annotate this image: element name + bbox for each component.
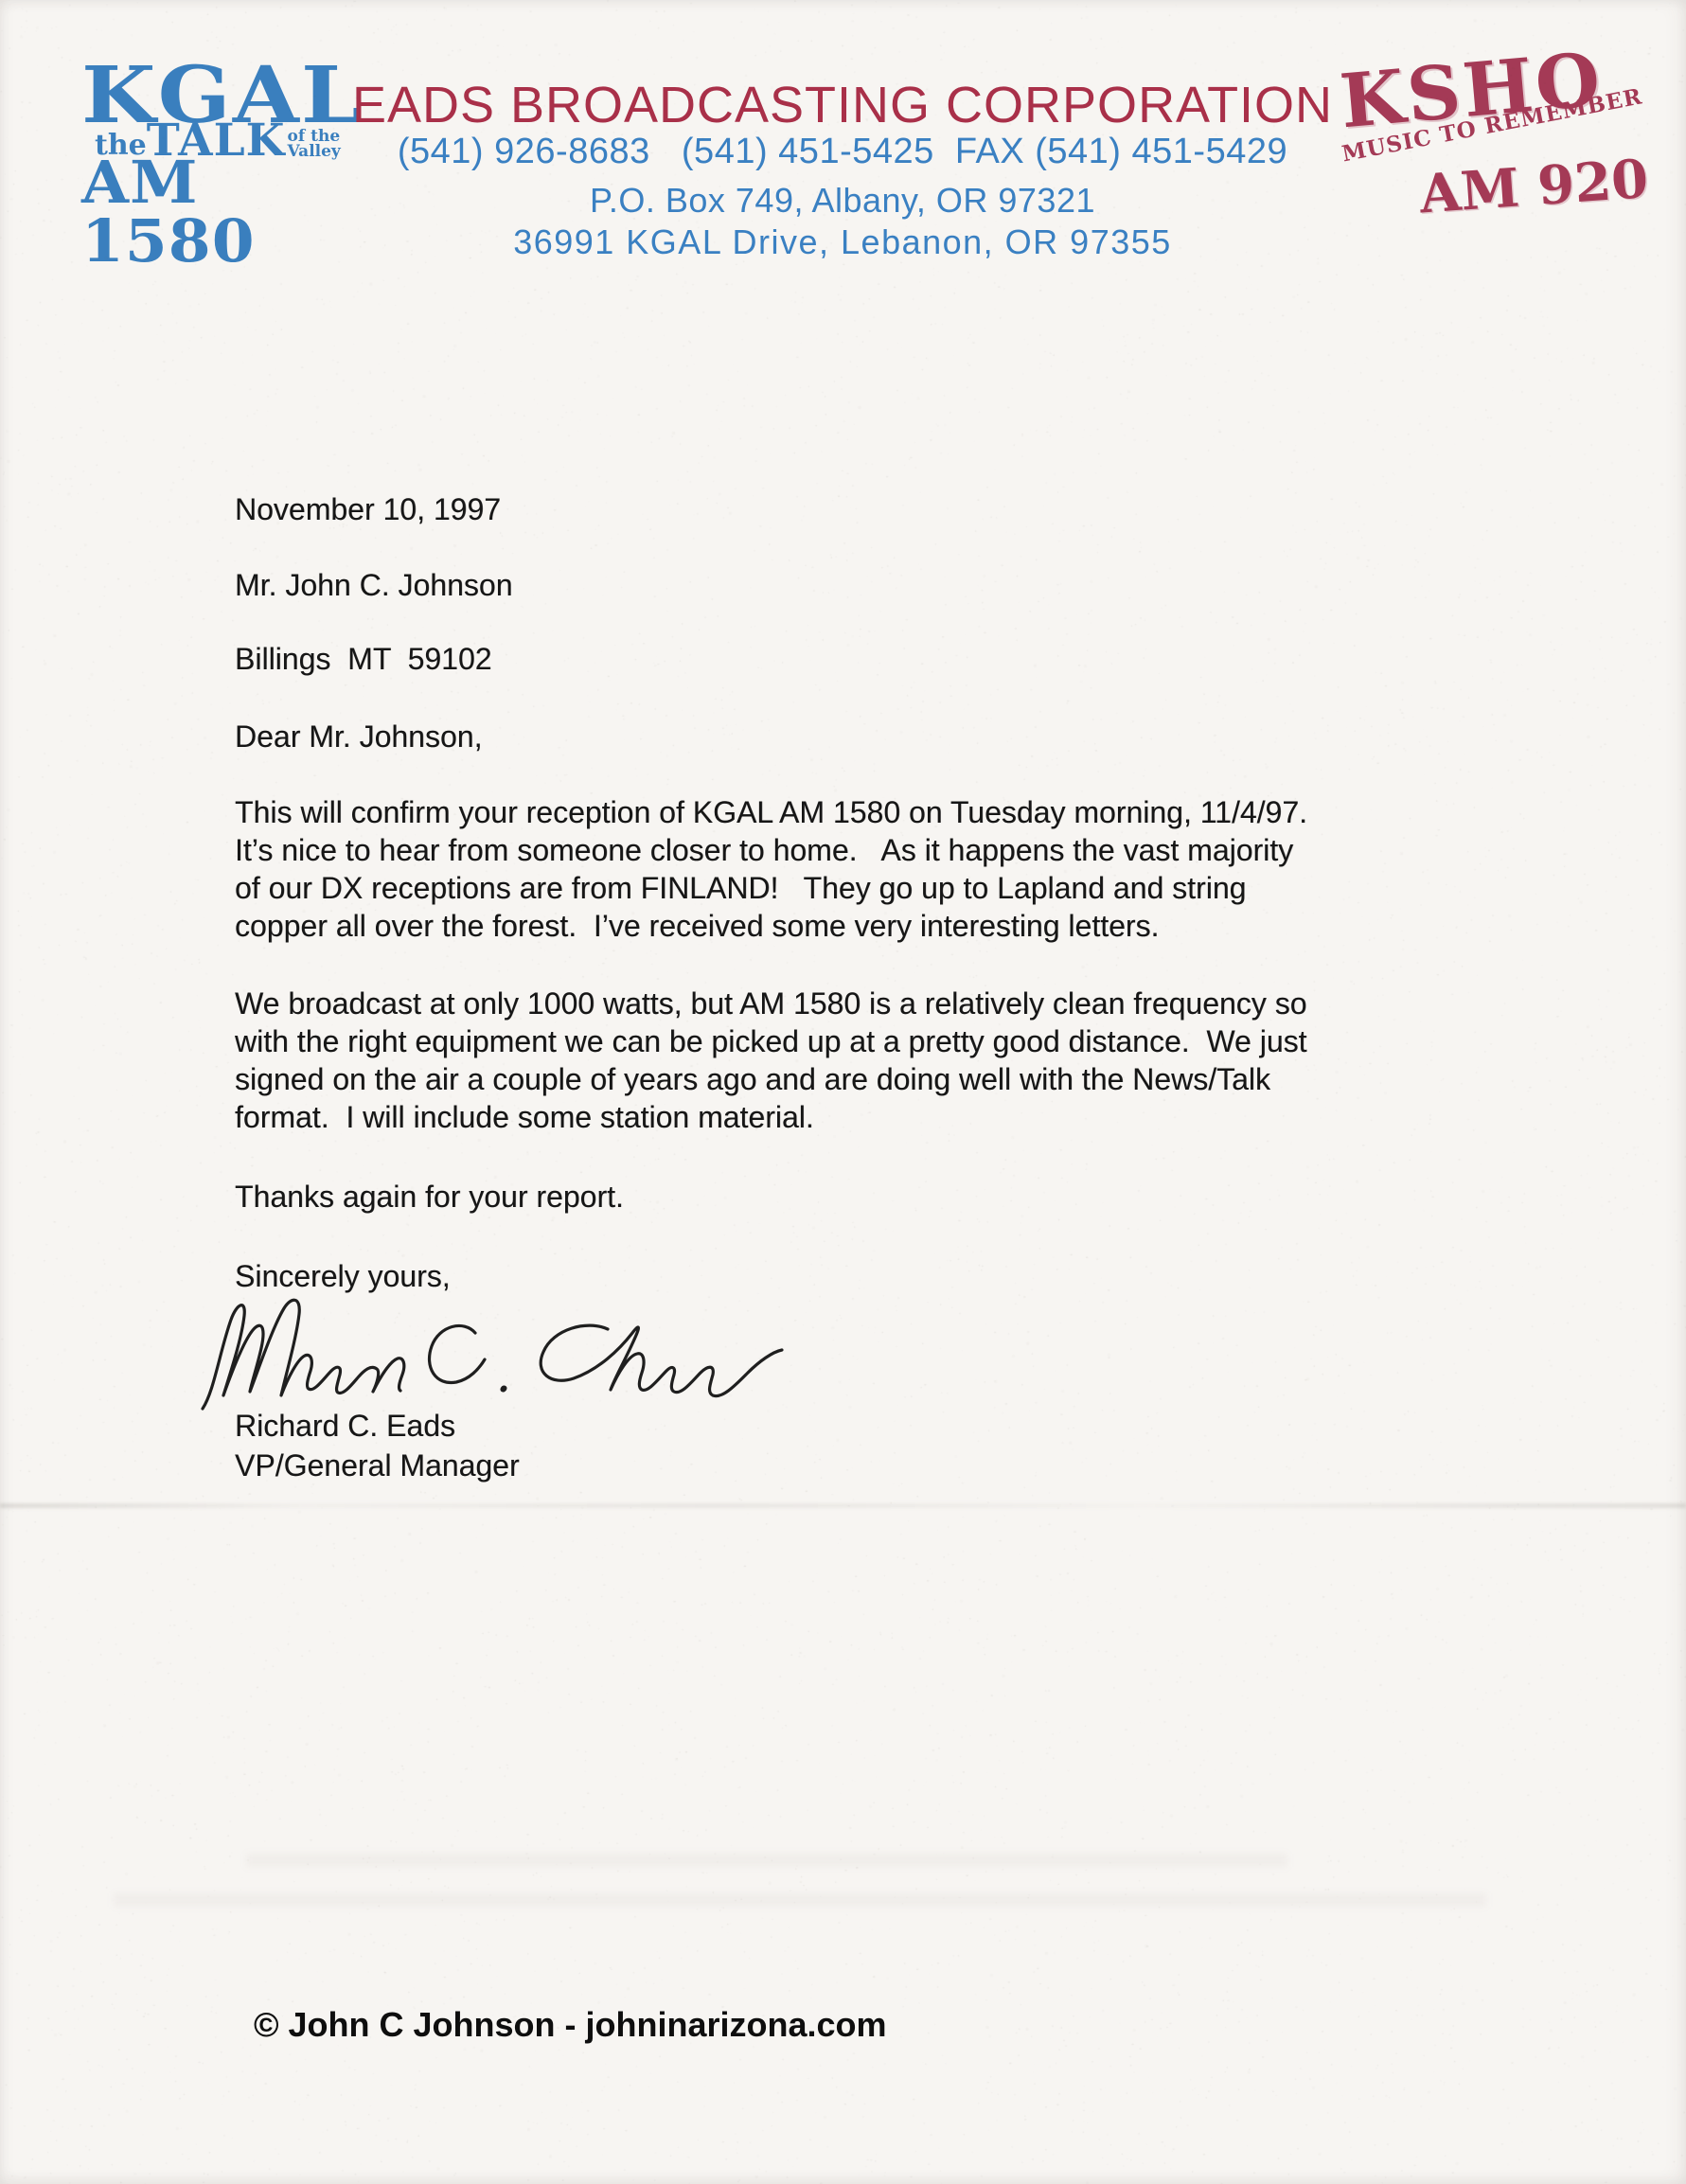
signer-title: VP/General Manager [235, 1447, 520, 1484]
company-name: EADS BROADCASTING CORPORATION [284, 80, 1401, 131]
signature-stroke [501, 1387, 506, 1392]
signature-stroke [430, 1325, 485, 1382]
signature-stroke [203, 1300, 404, 1409]
ksho-frequency: AM 920 [1418, 153, 1641, 222]
text-line: with the right equipment we can be picke… [235, 1022, 1513, 1060]
salutation: Dear Mr. Johnson, [235, 718, 482, 755]
recipient-name: Mr. John C. Johnson [235, 566, 512, 604]
ksho-logo: KSHO MUSIC TO REMEMBER AM 920 [1341, 56, 1641, 246]
text-line: It’s nice to hear from someone closer to… [235, 831, 1513, 869]
body-paragraph-2: We broadcast at only 1000 watts, but AM … [235, 985, 1513, 1136]
signature-stroke [541, 1325, 782, 1395]
body-paragraph-1: This will confirm your reception of KGAL… [235, 793, 1513, 945]
text-line: This will confirm your reception of KGAL… [235, 793, 1513, 831]
scan-smudge [246, 1854, 1287, 1867]
signer-name: Richard C. Eads [235, 1407, 455, 1445]
scan-smudge [114, 1893, 1486, 1907]
address-street: 36991 KGAL Drive, Lebanon, OR 97355 [284, 225, 1401, 259]
scanned-letter-page: KGAL the TALK of the Valley AM 1580 EADS… [0, 0, 1686, 2184]
text-line: copper all over the forest. I’ve receive… [235, 907, 1513, 945]
phone-numbers: (541) 926-8683 (541) 451-5425 FAX (541) … [284, 133, 1401, 169]
paper-crease-line [0, 1503, 1686, 1508]
text-line: signed on the air a couple of years ago … [235, 1060, 1513, 1098]
closing-thanks: Thanks again for your report. [235, 1178, 624, 1216]
letter-date: November 10, 1997 [235, 490, 501, 528]
text-line: We broadcast at only 1000 watts, but AM … [235, 985, 1513, 1022]
text-line: of our DX receptions are from FINLAND! T… [235, 869, 1513, 907]
address-po-box: P.O. Box 749, Albany, OR 97321 [284, 184, 1401, 218]
text-line: format. I will include some station mate… [235, 1098, 1513, 1136]
copyright-notice: © John C Johnson - johninarizona.com [254, 2005, 887, 2045]
recipient-city: Billings MT 59102 [235, 640, 492, 678]
